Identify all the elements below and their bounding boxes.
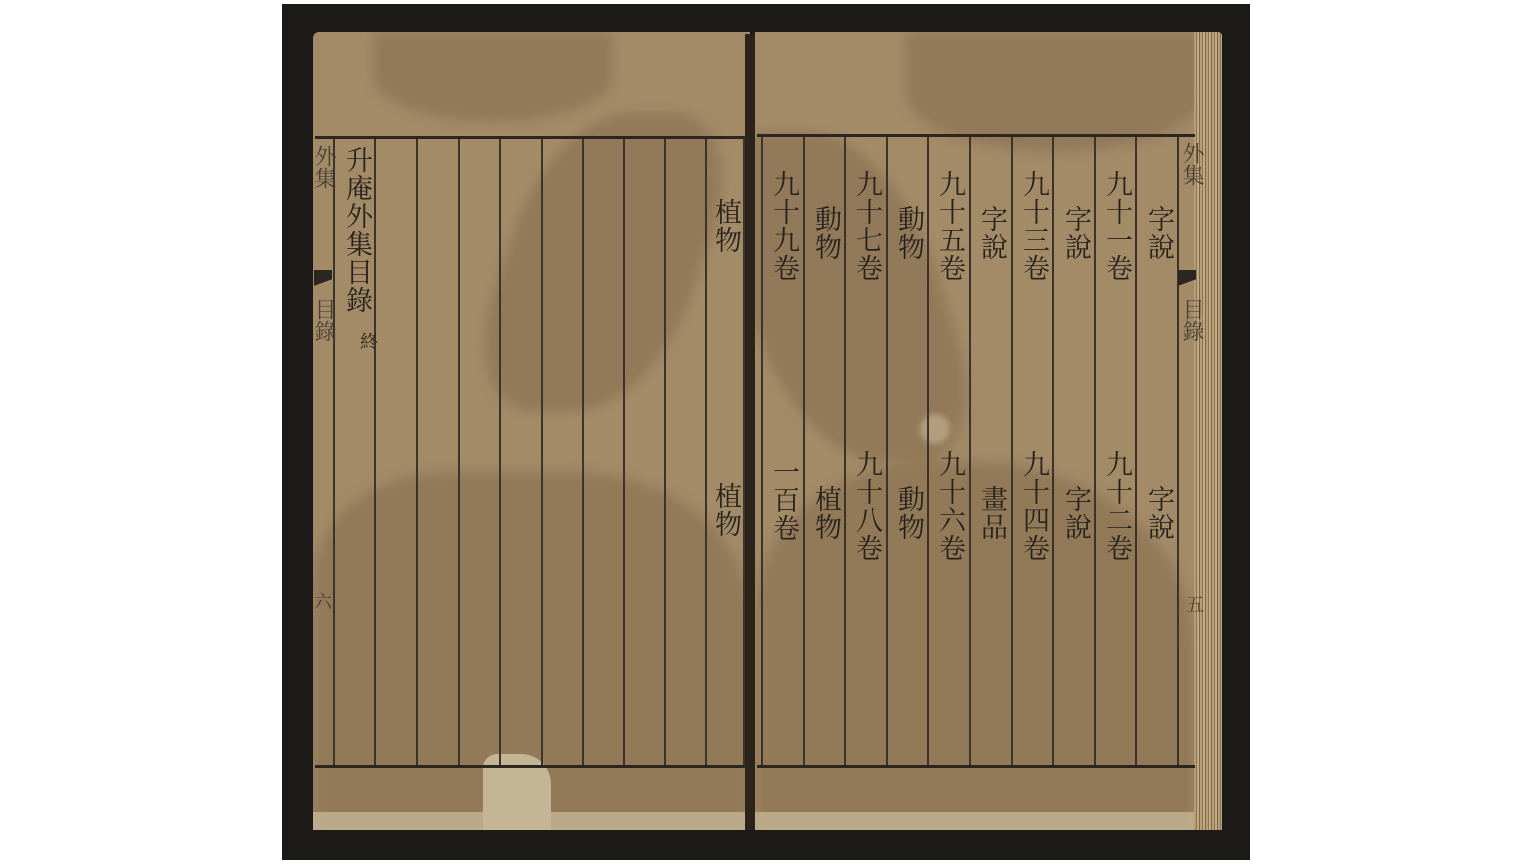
column-rule: [761, 137, 763, 765]
column-rule: [844, 137, 846, 765]
bottom-border-left: [315, 765, 748, 768]
column-rule: [582, 139, 584, 765]
right-page: [755, 32, 1222, 830]
toc-entry: 字說: [1143, 205, 1173, 261]
column-rule: [743, 139, 745, 765]
book-gutter: [745, 34, 755, 830]
toc-entry: 植物: [710, 482, 740, 538]
toc-entry: 字說: [976, 205, 1006, 261]
column-rule: [705, 139, 707, 765]
margin-title: 外集: [1176, 142, 1207, 186]
column-rule: [458, 139, 460, 765]
bottom-edge: [313, 812, 750, 830]
fishtail-mark-icon: [1178, 270, 1196, 292]
toc-entry: 植物: [810, 485, 840, 541]
toc-end-title: 升庵外集目錄: [341, 146, 371, 314]
column-rule: [416, 139, 418, 765]
toc-entry: 動物: [893, 205, 923, 261]
top-border-right: [757, 134, 1195, 137]
column-rule: [1135, 137, 1137, 765]
column-rule: [969, 137, 971, 765]
left-page: [313, 32, 750, 830]
column-rule: [374, 139, 376, 765]
margin-section: 目錄: [1176, 298, 1207, 342]
volume-number: 一百卷: [768, 458, 798, 542]
toc-entry: 字說: [1060, 205, 1090, 261]
margin-section: 目錄: [308, 298, 339, 342]
column-rule: [1094, 137, 1096, 765]
toc-entry: 動物: [810, 205, 840, 261]
volume-number: 九十二卷: [1101, 450, 1131, 562]
bottom-border-right: [757, 765, 1195, 768]
toc-entry: 畫品: [976, 485, 1006, 541]
bottom-edge: [755, 812, 1195, 830]
column-rule: [927, 137, 929, 765]
volume-number: 九十七卷: [851, 170, 881, 282]
column-rule: [803, 137, 805, 765]
leaf-number: 六: [308, 592, 334, 610]
column-rule: [1177, 137, 1179, 765]
column-rule: [333, 139, 335, 765]
volume-number: 九十四卷: [1018, 450, 1048, 562]
toc-entry: 字說: [1143, 485, 1173, 541]
volume-number: 九十一卷: [1101, 170, 1131, 282]
toc-entry: 動物: [893, 485, 923, 541]
column-rule: [623, 139, 625, 765]
column-rule: [541, 139, 543, 765]
column-rule: [664, 139, 666, 765]
column-rule: [1011, 137, 1013, 765]
water-stain: [373, 32, 613, 122]
volume-number: 九十五卷: [934, 170, 964, 282]
column-rule: [886, 137, 888, 765]
toc-entry: 植物: [710, 198, 740, 254]
volume-number: 九十三卷: [1018, 170, 1048, 282]
fishtail-mark-icon: [314, 270, 332, 292]
top-border-left: [315, 136, 748, 139]
column-rule: [499, 139, 501, 765]
end-mark: 終: [352, 332, 382, 351]
volume-number: 九十九卷: [768, 170, 798, 282]
volume-number: 九十六卷: [934, 450, 964, 562]
leaf-number: 五: [1180, 595, 1206, 613]
column-rule: [1052, 137, 1054, 765]
toc-entry: 字說: [1060, 485, 1090, 541]
volume-number: 九十八卷: [851, 450, 881, 562]
paper-spot: [920, 414, 950, 444]
margin-title: 外集: [308, 145, 339, 189]
